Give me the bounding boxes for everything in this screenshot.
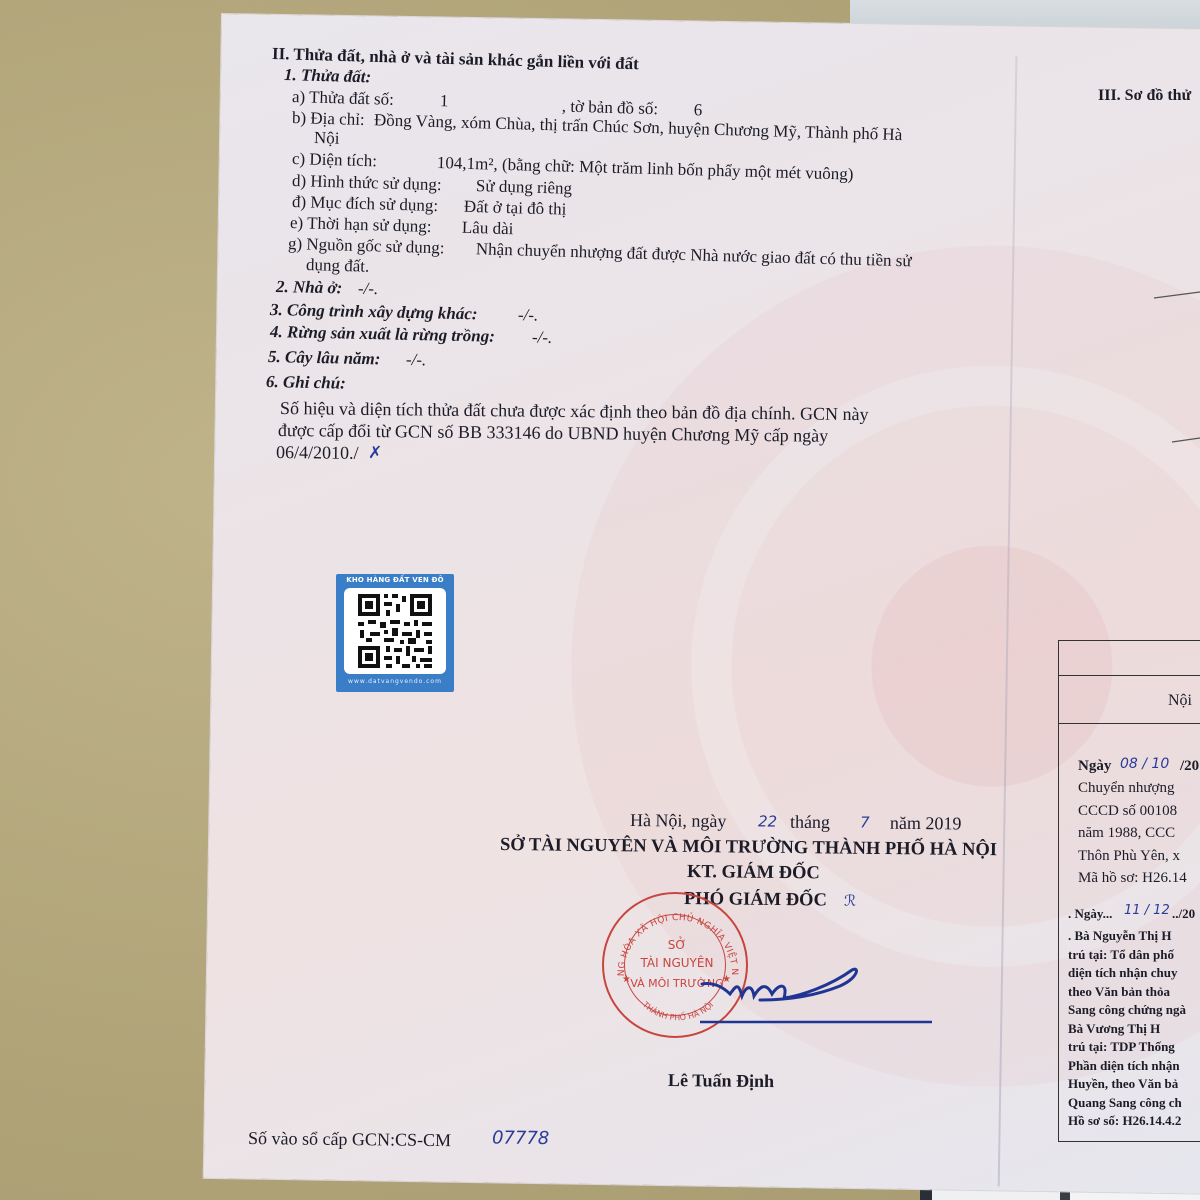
entry-2-date: . Ngày... 11 / 12 ../20 xyxy=(1068,905,1200,923)
entry-line: Thôn Phù Yên, x xyxy=(1078,847,1180,865)
area-label: c) Diện tích: xyxy=(292,149,377,171)
day-handwritten: 22 xyxy=(758,811,777,831)
qr-code-icon xyxy=(344,588,446,674)
house-value: -/-. xyxy=(358,279,379,299)
entry-2-date-suffix: ../20 xyxy=(1172,905,1195,923)
qr-badge-url[interactable]: www.datvangvendo.com xyxy=(336,678,454,685)
entry-line: CCCD số 00108 xyxy=(1078,802,1177,820)
entry-1-date-suffix: /20 xyxy=(1180,757,1199,775)
year-label: năm 2019 xyxy=(890,813,962,834)
notes-date: 06/4/2010./ xyxy=(276,442,359,463)
entry-line: năm 1988, CCC xyxy=(1078,824,1175,842)
stamp-center-line-1: SỞ xyxy=(604,938,750,953)
address-value-cont: Nội xyxy=(314,128,340,149)
term-value: Lâu dài xyxy=(462,218,514,239)
right-page-heading: III. Sơ đồ thử xyxy=(1098,86,1191,106)
entry-1-date-handwritten: 08 / 10 xyxy=(1120,755,1169,773)
diagram-lines xyxy=(1150,270,1200,470)
qr-badge-title: KHO HÀNG ĐẤT VEN ĐÔ xyxy=(336,576,454,584)
other-construction-label: 3. Công trình xây dựng khác: xyxy=(270,300,478,324)
entry-line: trú tại: Tổ dân phố xyxy=(1068,946,1174,964)
house-label: 2. Nhà ở: xyxy=(276,277,343,298)
map-sheet-value: 6 xyxy=(694,100,703,120)
purpose-value: Đất ở tại đô thị xyxy=(464,197,567,220)
entry-1-date: Ngày 08 / 10 /20 xyxy=(1078,757,1200,777)
parcel-no-value: 1 xyxy=(440,91,449,111)
signature-icon xyxy=(700,960,940,1030)
table-header-content: Nội xyxy=(1168,692,1192,710)
entry-line: Sang công chứng ngà xyxy=(1068,1001,1186,1019)
perennial-trees-label: 5. Cây lâu năm: xyxy=(268,347,381,369)
production-forest-label: 4. Rừng sản xuất là rừng trồng: xyxy=(270,322,495,347)
entry-line: Mã hồ sơ: H26.14 xyxy=(1078,869,1187,887)
origin-value-cont: dụng đất. xyxy=(306,255,370,277)
place-date-row: Hà Nội, ngày 22 tháng 7 năm 2019 xyxy=(630,810,990,836)
table-row-divider xyxy=(1059,675,1200,676)
entry-line: trú tại: TDP Thống xyxy=(1068,1038,1175,1056)
initial-mark-icon: ℛ xyxy=(844,891,856,911)
on-behalf-title: KT. GIÁM ĐỐC xyxy=(687,862,820,883)
qr-code[interactable] xyxy=(344,588,446,674)
entry-line: theo Văn bản thỏa xyxy=(1068,983,1170,1001)
handwritten-mark: ✗ xyxy=(368,443,382,463)
entry-1-date-prefix: Ngày xyxy=(1078,757,1111,775)
notes-line-3: 06/4/2010./ ✗ xyxy=(276,442,476,466)
authority-name: SỞ TÀI NGUYÊN VÀ MÔI TRƯỜNG THÀNH PHỐ HÀ… xyxy=(500,835,997,860)
term-label: e) Thời hạn sử dụng: xyxy=(290,213,432,237)
entry-line: diện tích nhận chuy xyxy=(1068,964,1177,982)
place-date-prefix: Hà Nội, ngày xyxy=(630,810,727,831)
notes-heading: 6. Ghi chú: xyxy=(266,372,346,394)
production-forest-value: -/-. xyxy=(532,327,553,347)
usage-form-value: Sử dụng riêng xyxy=(476,176,573,199)
registry-row: Số vào sổ cấp GCN:CS-CM 07778 xyxy=(248,1128,648,1156)
address-label: b) Địa chỉ: xyxy=(292,108,365,130)
certificate-content: II. Thửa đất, nhà ở và tài sản khác gắn … xyxy=(0,0,1200,1200)
land-parcel-heading: 1. Thửa đất: xyxy=(284,65,372,87)
entry-line: Hồ sơ số: H26.14.4.2 xyxy=(1068,1112,1181,1130)
entry-2-date-handwritten: 11 / 12 xyxy=(1124,902,1170,920)
entry-line: Huyền, theo Văn bả xyxy=(1068,1075,1178,1093)
parcel-no-label: a) Thửa đất số: xyxy=(292,87,394,110)
entry-line: Quang Sang công ch xyxy=(1068,1094,1182,1112)
entry-line: Chuyển nhượng xyxy=(1078,779,1174,797)
entry-line: Bà Vương Thị H xyxy=(1068,1020,1160,1038)
table-row-divider xyxy=(1059,723,1200,724)
registry-number: 07778 xyxy=(492,1129,549,1150)
signer-name: Lê Tuấn Định xyxy=(668,1070,774,1091)
entry-line: Phần diện tích nhận xyxy=(1068,1057,1180,1075)
registry-label: Số vào sổ cấp GCN:CS-CM xyxy=(248,1128,451,1150)
other-construction-value: -/-. xyxy=(518,305,539,325)
month-label: tháng xyxy=(790,812,830,832)
qr-badge[interactable]: KHO HÀNG ĐẤT VEN ĐÔ xyxy=(336,574,454,692)
perennial-trees-value: -/-. xyxy=(406,350,427,370)
usage-form-label: d) Hình thức sử dụng: xyxy=(292,171,442,195)
month-handwritten: 7 xyxy=(860,812,870,832)
entry-2-date-prefix: . Ngày... xyxy=(1068,905,1112,923)
purpose-label: đ) Mục đích sử dụng: xyxy=(292,192,439,216)
entry-line: . Bà Nguyễn Thị H xyxy=(1068,927,1171,945)
